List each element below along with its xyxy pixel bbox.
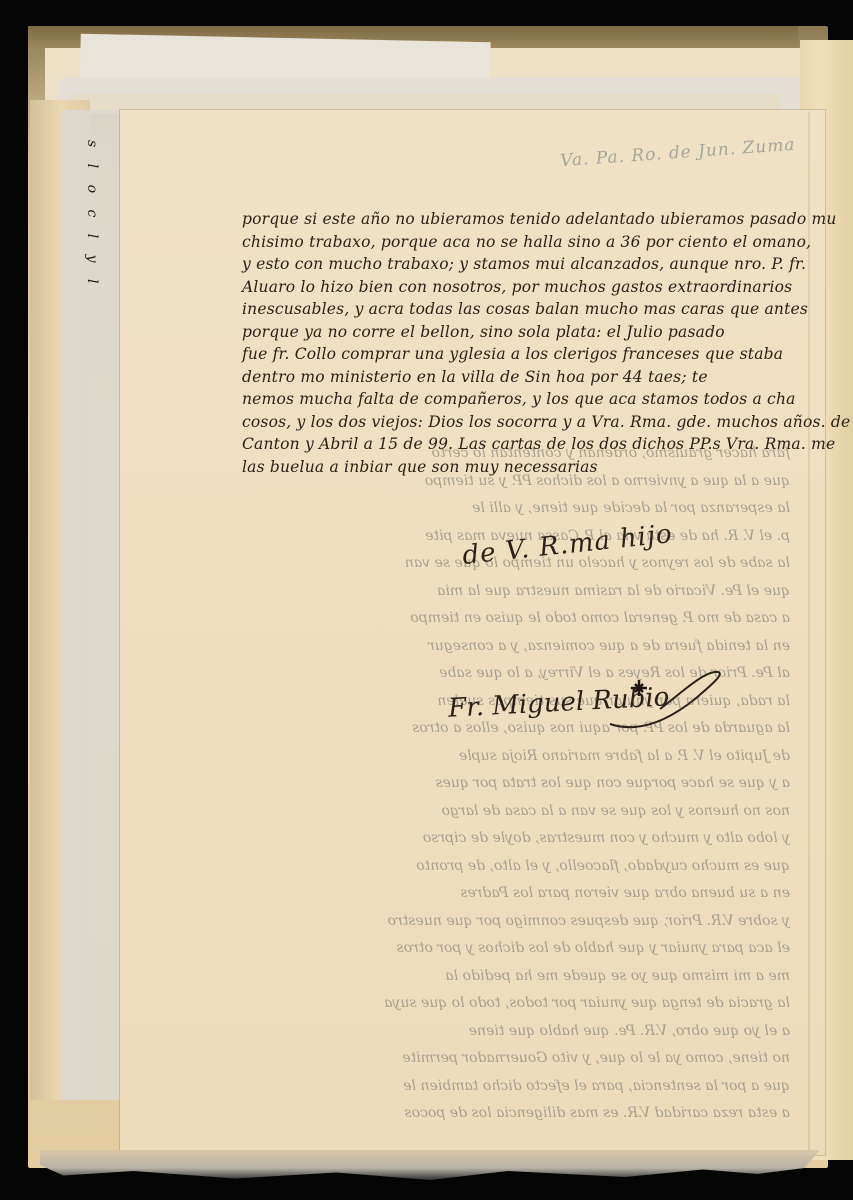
bleed-line: que es mucho cuydado, flacoello, y el al… [150,853,790,881]
letter-line: dentro mo ministerio en la villa de Sin … [242,366,832,389]
signature-rubric-icon [600,664,730,734]
letter-line: porque ya no corre el bellon, sino sola … [242,321,832,344]
letter-line: inescusables, y acra todas las cosas bal… [242,298,832,321]
bleed-line: me a mi mismo que yo se quede me ha pedi… [150,963,790,991]
letter-body: porque si este año no ubieramos tenido a… [242,208,832,478]
bleed-line: la gracia de tenga que ynuiar por todos,… [150,990,790,1018]
letter-line: cosos, y los dos viejos: Dios los socorr… [242,411,832,434]
bleed-line: y sobre V.R. Prior, que despues conmigo … [150,908,790,936]
bleed-line: el aca para ynuiar y que hablo de los di… [150,935,790,963]
bleed-line: de Jupito el V. P. a la fabre mariano Ri… [150,743,790,771]
bleed-line: en la tenida fuera de a que comienza, y … [150,633,790,661]
bleed-line: a y que se hace porque con que los trata… [150,770,790,798]
torn-bottom-edge [40,1150,820,1180]
bleed-line: y lobo alto y mucho y con muestras, doyl… [150,825,790,853]
margin-marks: s l o c l y l [80,140,100,360]
bleed-line: no tiene, como ya le lo que, y vito Goue… [150,1045,790,1073]
bleed-line: la esperanza por la decide que tiene, y … [150,495,790,523]
bleed-line: que a por la sentencia, para el efecto d… [150,1073,790,1101]
letter-line: Canton y Abril a 15 de 99. Las cartas de… [242,433,832,456]
bleed-line: a el yo que obro, V.R. Pe. que hablo que… [150,1018,790,1046]
bleed-line: a esta reza caridad V.R. es mas diligenc… [150,1100,790,1128]
bleed-line: a casa de mo P. general como todo le qui… [150,605,790,633]
letter-line: y esto con mucho trabaxo; y stamos mui a… [242,253,832,276]
letter-line: porque si este año no ubieramos tenido a… [242,208,832,231]
bleed-line: que el Pe. Vicario de la rasima nuestra … [150,578,790,606]
letter-line: nemos mucha falta de compañeros, y los q… [242,388,832,411]
letter-line: las buelua a inbiar que son muy necessar… [242,456,832,479]
bleed-line: nos no huenos y los que se van a la casa… [150,798,790,826]
letter-line: chisimo trabaxo, porque aca no se halla … [242,231,832,254]
letter-line: Aluaro lo hizo bien con nosotros, por mu… [242,276,832,299]
bleed-line: en a su buena obra que vieron para los P… [150,880,790,908]
letter-line: fue fr. Collo comprar una yglesia a los … [242,343,832,366]
